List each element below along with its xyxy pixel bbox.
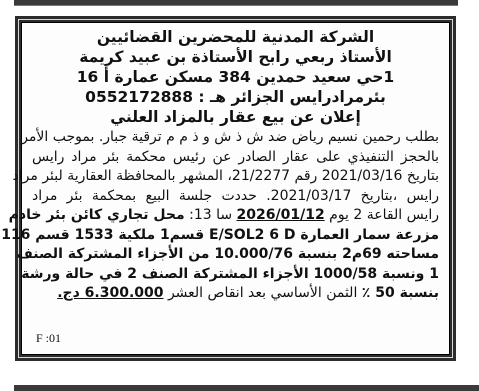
body-line-5: رايس القاعة 2 يوم 2026/01/12 سا 13: محل … bbox=[32, 206, 439, 226]
body-line-9: بنسبة 50 ٪ الثمن الأساسي بعد انقاص العشر… bbox=[32, 284, 439, 304]
notice-content: الشركة المدنية للمحضرين القضائيين الأستا… bbox=[21, 22, 450, 355]
body-line-6: مزرعة سمار العمارة E/SOL2 6 D قسم1 ملكية… bbox=[32, 226, 439, 246]
notice-body: بطلب رحمين نسيم رياض ضد ش ذ ش و ذ م م تر… bbox=[32, 128, 439, 304]
bailiff-names: الأستاذ ربعي رابح الأستاذة بن عبيد كريمة bbox=[32, 47, 439, 67]
city-phone: بئرمرادرايس الجزائر هـ : 0552172888 bbox=[32, 87, 439, 107]
body-line-8: 1 ونسبة 1000/58 الأجزاء المشتركة الصنف 2… bbox=[32, 265, 439, 285]
body-line-1: بطلب رحمين نسيم رياض ضد ش ذ ش و ذ م م تر… bbox=[32, 128, 439, 148]
auction-date: 2026/01/12 bbox=[237, 207, 325, 223]
body-line-7: مساحته 69م2 بنسبة 10.000/76 من الأجزاء ا… bbox=[32, 245, 439, 265]
notice-code: F :01 bbox=[36, 331, 61, 346]
body-line-2: بالحجز التنفيذي على عقار الصادر عن رئيس … bbox=[32, 148, 439, 168]
notice-frame: الشركة المدنية للمحضرين القضائيين الأستا… bbox=[15, 16, 456, 361]
base-price: 6.300.000 دج. bbox=[57, 285, 163, 301]
company-name: الشركة المدنية للمحضرين القضائيين bbox=[32, 27, 439, 47]
bailiff-header: الشركة المدنية للمحضرين القضائيين الأستا… bbox=[32, 27, 439, 127]
notice-title: إعلان عن بيع عقار بالمزاد العلني bbox=[32, 107, 439, 127]
body-line-3: بتاريخ 2021/03/16 رقم 21/2277، المشهر با… bbox=[32, 167, 439, 187]
previous-notice-border bbox=[14, 0, 458, 6]
office-address: 1حي سعيد حمدين 384 مسكن عمارة أ 16 bbox=[32, 67, 439, 87]
body-line-4: رايس ،بتاريخ 2021/03/17. حددت جلسة البيع… bbox=[32, 187, 439, 207]
next-notice-border bbox=[14, 385, 479, 391]
